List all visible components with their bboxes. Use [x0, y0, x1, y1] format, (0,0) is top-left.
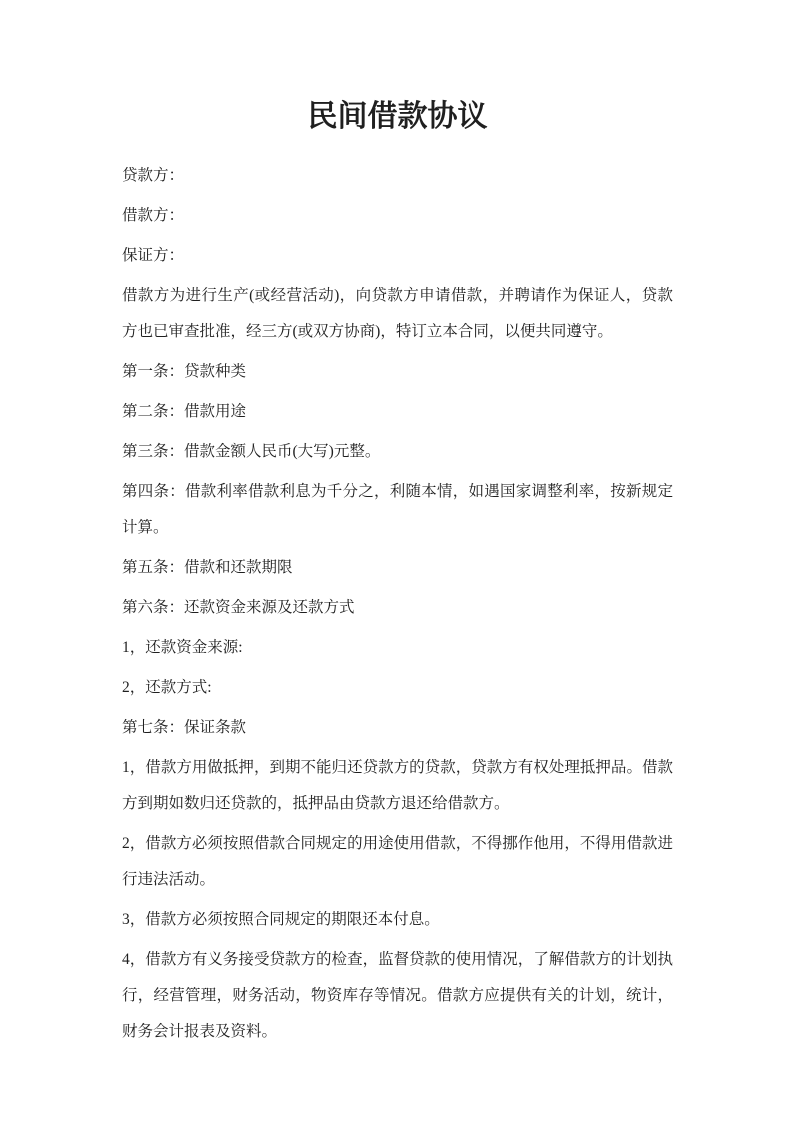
clause-6-item-2: 2，还款方式: [122, 670, 673, 706]
clause-1: 第一条：贷款种类 [122, 354, 673, 390]
clause-7-item-1: 1，借款方用做抵押，到期不能归还贷款方的贷款，贷款方有权处理抵押品。借款方到期如… [122, 750, 673, 822]
party-borrower: 借款方： [122, 198, 673, 234]
clause-4: 第四条：借款利率借款利息为千分之，利随本情，如遇国家调整利率，按新规定计算。 [122, 474, 673, 546]
clause-7: 第七条：保证条款 [122, 710, 673, 746]
preamble: 借款方为进行生产(或经营活动)，向贷款方申请借款，并聘请作为保证人，贷款方也已审… [122, 278, 673, 350]
clause-7-item-4: 4，借款方有义务接受贷款方的检查，监督贷款的使用情况，了解借款方的计划执行，经营… [122, 942, 673, 1050]
party-guarantor: 保证方： [122, 238, 673, 274]
document-body: 贷款方： 借款方： 保证方： 借款方为进行生产(或经营活动)，向贷款方申请借款，… [122, 158, 673, 1050]
clause-7-item-3: 3，借款方必须按照合同规定的期限还本付息。 [122, 902, 673, 938]
clause-2: 第二条：借款用途 [122, 394, 673, 430]
clause-5: 第五条：借款和还款期限 [122, 550, 673, 586]
clause-6: 第六条：还款资金来源及还款方式 [122, 590, 673, 626]
party-lender: 贷款方： [122, 158, 673, 194]
clause-3: 第三条：借款金额人民币(大写)元整。 [122, 434, 673, 470]
document-page: 民间借款协议 贷款方： 借款方： 保证方： 借款方为进行生产(或经营活动)，向贷… [0, 0, 793, 1122]
document-title: 民间借款协议 [122, 100, 673, 134]
clause-7-item-2: 2，借款方必须按照借款合同规定的用途使用借款，不得挪作他用，不得用借款进行违法活… [122, 826, 673, 898]
clause-6-item-1: 1，还款资金来源: [122, 630, 673, 666]
